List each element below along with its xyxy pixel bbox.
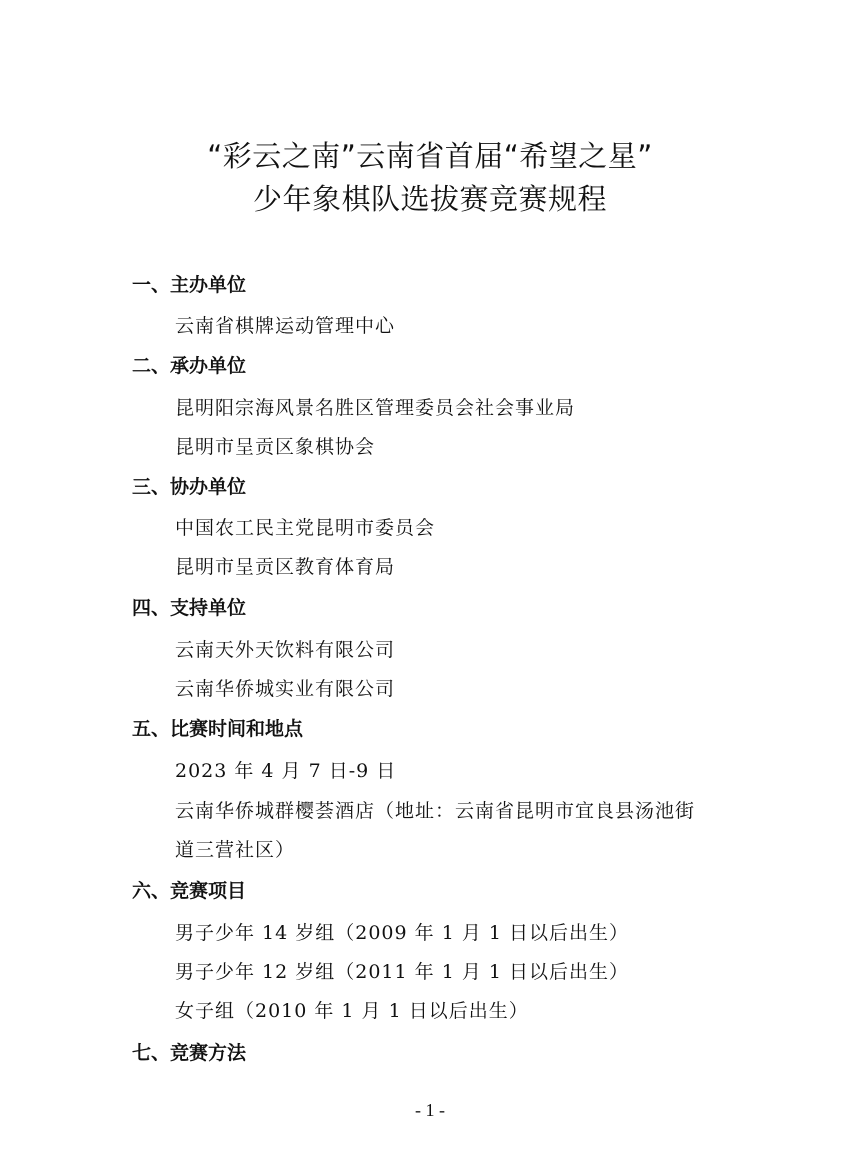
section-heading-time-place: 五、比赛时间和地点 — [132, 714, 303, 741]
section-heading-methods: 七、竞赛方法 — [132, 1038, 246, 1065]
page-number: - 1 - — [0, 1100, 860, 1121]
section-heading-events: 六、竞赛项目 — [132, 876, 246, 903]
section-line: 云南省棋牌运动管理中心 — [175, 311, 395, 338]
section-line: 男子少年 12 岁组（2011 年 1 月 1 日以后出生） — [175, 957, 629, 984]
section-line: 云南华侨城群樱荟酒店（地址：云南省昆明市宜良县汤池街 — [175, 796, 695, 823]
section-line: 女子组（2010 年 1 月 1 日以后出生） — [175, 996, 529, 1023]
section-line: 男子少年 14 岁组（2009 年 1 月 1 日以后出生） — [175, 918, 629, 945]
document-title-line-1: “彩云之南”云南省首届“希望之星” — [0, 134, 860, 175]
section-line: 昆明市呈贡区教育体育局 — [175, 552, 395, 579]
section-line: 中国农工民主党昆明市委员会 — [175, 513, 435, 540]
document-title-line-2: 少年象棋队选拔赛竞赛规程 — [0, 177, 860, 218]
section-line: 云南天外天饮料有限公司 — [175, 635, 395, 662]
section-heading-co-organizer: 三、协办单位 — [132, 472, 246, 499]
section-line: 道三营社区） — [175, 835, 295, 862]
section-line: 云南华侨城实业有限公司 — [175, 674, 395, 701]
section-line: 昆明市呈贡区象棋协会 — [175, 432, 375, 459]
section-line: 昆明阳宗海风景名胜区管理委员会社会事业局 — [175, 393, 575, 420]
section-heading-host: 二、承办单位 — [132, 351, 246, 378]
section-heading-supporter: 四、支持单位 — [132, 593, 246, 620]
section-heading-organizer: 一、主办单位 — [132, 270, 246, 297]
section-line: 2023 年 4 月 7 日-9 日 — [175, 756, 396, 783]
